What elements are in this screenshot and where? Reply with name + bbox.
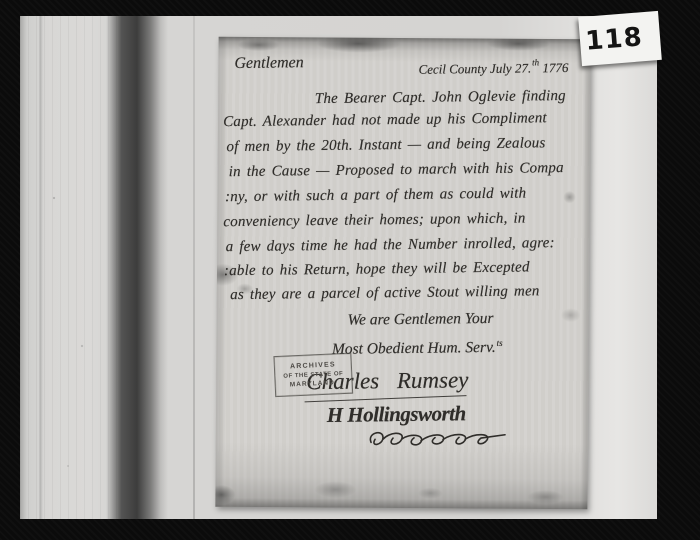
letter-body-line: :ny, or with such a part of them as coul…	[225, 185, 526, 206]
letter-body-line: conveniency leave their homes; upon whic…	[223, 210, 525, 231]
letter-closing-line: We are Gentlemen Your	[347, 310, 493, 330]
letter-body-line: as they are a parcel of active Stout wil…	[230, 283, 540, 304]
film-page-edge-strip	[20, 16, 118, 519]
signature-flourish	[367, 425, 509, 451]
letter-closing-line: Most Obedient Hum. Serv.ts	[332, 338, 503, 359]
archives-stamp: ARCHIVES OF THE STATE OF MARYLAND.	[273, 353, 353, 397]
letter-body-line: in the Cause — Proposed to march with hi…	[229, 160, 564, 181]
letter-body-line: of men by the 20th. Instant — and being …	[226, 135, 545, 156]
dateline-year: 1776	[542, 60, 568, 75]
signature-hollingsworth: H Hollingsworth	[327, 401, 466, 428]
page-number-label: 118	[578, 11, 662, 66]
book-gutter-shadow	[106, 16, 168, 519]
page-number: 118	[584, 22, 643, 56]
letter-body-line: a few days time he had the Number inroll…	[226, 235, 555, 256]
letter-salutation: Gentlemen	[234, 54, 304, 73]
letter-dateline: Cecil County July 27.th 1776	[418, 57, 568, 78]
letter-body-line: :able to his Return, hope they will be E…	[224, 259, 530, 280]
handwriting-layer: Gentlemen Cecil County July 27.th 1776 T…	[214, 36, 592, 511]
closing-superscript: ts	[497, 338, 503, 348]
dateline-superscript: th	[532, 57, 539, 67]
letter-document: Gentlemen Cecil County July 27.th 1776 T…	[215, 37, 590, 510]
microfilm-frame: Gentlemen Cecil County July 27.th 1776 T…	[0, 0, 700, 540]
letter-body-line: Capt. Alexander had not made up his Comp…	[223, 110, 547, 131]
closing-text: Most Obedient Hum. Serv.	[332, 339, 496, 358]
letter-body-line: The Bearer Capt. John Oglevie finding	[315, 88, 566, 108]
page-edge-seam	[193, 16, 195, 519]
dateline-place: Cecil County July 27.	[418, 60, 531, 76]
